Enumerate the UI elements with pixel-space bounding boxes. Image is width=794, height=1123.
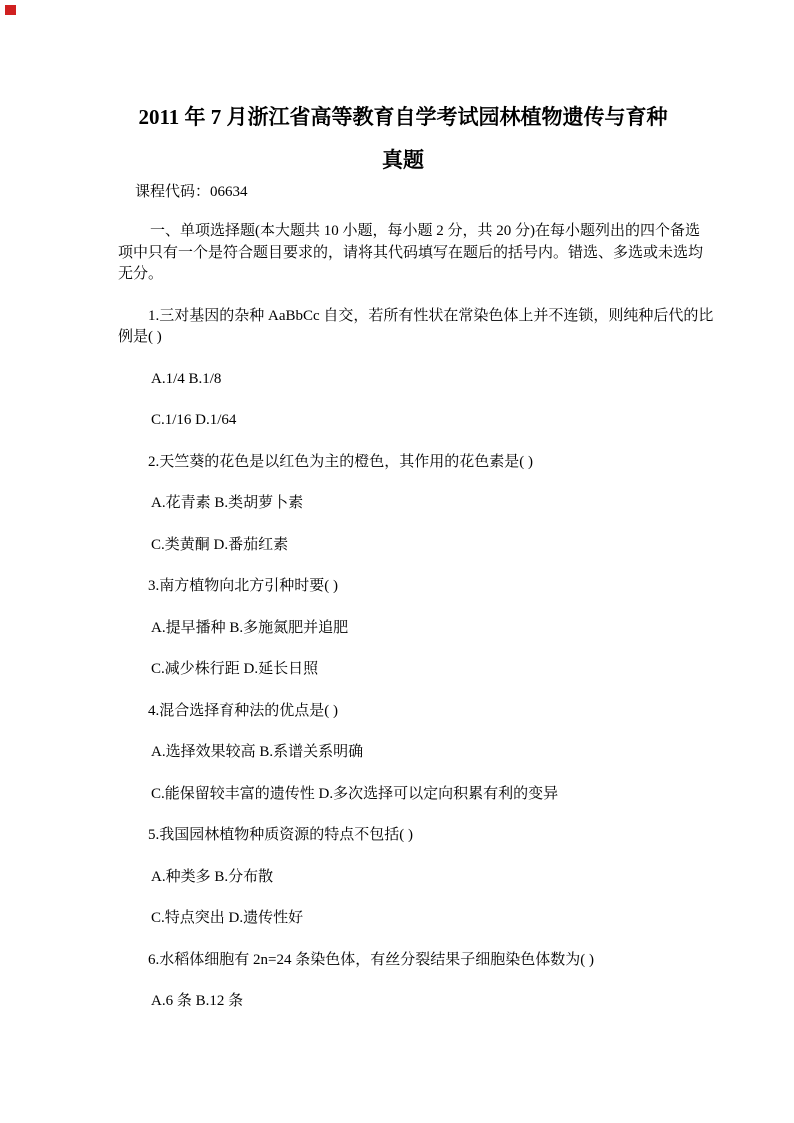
option-line: A.6 条 B.12 条	[118, 991, 688, 1013]
title-line-2: 真题	[118, 139, 688, 182]
question-line: 2.天竺葵的花色是以红色为主的橙色，其作用的花色素是( )	[118, 452, 688, 474]
question-3-options-cd: C.减少株行距 D.延长日照	[118, 659, 688, 681]
option-line: A.选择效果较高 B.系谱关系明确	[118, 742, 688, 764]
document-title: 2011 年 7 月浙江省高等教育自学考试园林植物遗传与育种 真题	[118, 96, 688, 182]
question-line: 1.三对基因的杂种 AaBbCc 自交，若所有性状在常染色体上并不连锁，则纯种后…	[118, 306, 688, 328]
question-4: 4.混合选择育种法的优点是( )	[118, 701, 688, 723]
option-line: A.种类多 B.分布散	[118, 867, 688, 889]
question-4-options-cd: C.能保留较丰富的遗传性 D.多次选择可以定向积累有利的变异	[118, 784, 688, 806]
question-6: 6.水稻体细胞有 2n=24 条染色体，有丝分裂结果子细胞染色体数为( )	[118, 950, 688, 972]
intro-line: 无分。	[118, 264, 688, 286]
intro-paragraph: 一、单项选择题(本大题共 10 小题，每小题 2 分，共 20 分)在每小题列出…	[118, 221, 688, 286]
question-5: 5.我国园林植物种质资源的特点不包括( )	[118, 825, 688, 847]
document-page: 2011 年 7 月浙江省高等教育自学考试园林植物遗传与育种 真题 课程代码：0…	[0, 0, 794, 1123]
option-line: A.花青素 B.类胡萝卜素	[118, 493, 688, 515]
option-line: A.提早播种 B.多施氮肥并追肥	[118, 618, 688, 640]
question-2: 2.天竺葵的花色是以红色为主的橙色，其作用的花色素是( )	[118, 452, 688, 474]
question-line: 例是( )	[118, 327, 688, 349]
intro-line: 项中只有一个是符合题目要求的，请将其代码填写在题后的括号内。错选、多选或未选均	[118, 243, 688, 265]
question-line: 6.水稻体细胞有 2n=24 条染色体，有丝分裂结果子细胞染色体数为( )	[118, 950, 688, 972]
option-line: C.能保留较丰富的遗传性 D.多次选择可以定向积累有利的变异	[118, 784, 688, 806]
option-line: C.减少株行距 D.延长日照	[118, 659, 688, 681]
intro-line: 一、单项选择题(本大题共 10 小题，每小题 2 分，共 20 分)在每小题列出…	[118, 221, 688, 243]
question-1-options-cd: C.1/16 D.1/64	[118, 410, 688, 432]
option-line: C.类黄酮 D.番茄红素	[118, 535, 688, 557]
question-1: 1.三对基因的杂种 AaBbCc 自交，若所有性状在常染色体上并不连锁，则纯种后…	[118, 306, 688, 349]
course-code: 课程代码：06634	[118, 182, 688, 204]
question-2-options-ab: A.花青素 B.类胡萝卜素	[118, 493, 688, 515]
question-3-options-ab: A.提早播种 B.多施氮肥并追肥	[118, 618, 688, 640]
question-1-options-ab: A.1/4 B.1/8	[118, 369, 688, 391]
option-line: C.1/16 D.1/64	[118, 410, 688, 432]
question-5-options-ab: A.种类多 B.分布散	[118, 867, 688, 889]
questions: 1.三对基因的杂种 AaBbCc 自交，若所有性状在常染色体上并不连锁，则纯种后…	[118, 306, 688, 1013]
title-line-1: 2011 年 7 月浙江省高等教育自学考试园林植物遗传与育种	[118, 96, 688, 139]
document-content: 2011 年 7 月浙江省高等教育自学考试园林植物遗传与育种 真题 课程代码：0…	[118, 96, 688, 1033]
option-line: A.1/4 B.1/8	[118, 369, 688, 391]
option-line: C.特点突出 D.遗传性好	[118, 908, 688, 930]
question-line: 4.混合选择育种法的优点是( )	[118, 701, 688, 723]
question-6-options-ab: A.6 条 B.12 条	[118, 991, 688, 1013]
question-line: 5.我国园林植物种质资源的特点不包括( )	[118, 825, 688, 847]
question-4-options-ab: A.选择效果较高 B.系谱关系明确	[118, 742, 688, 764]
page-corner-marker	[5, 5, 16, 15]
question-2-options-cd: C.类黄酮 D.番茄红素	[118, 535, 688, 557]
question-3: 3.南方植物向北方引种时要( )	[118, 576, 688, 598]
question-line: 3.南方植物向北方引种时要( )	[118, 576, 688, 598]
question-5-options-cd: C.特点突出 D.遗传性好	[118, 908, 688, 930]
